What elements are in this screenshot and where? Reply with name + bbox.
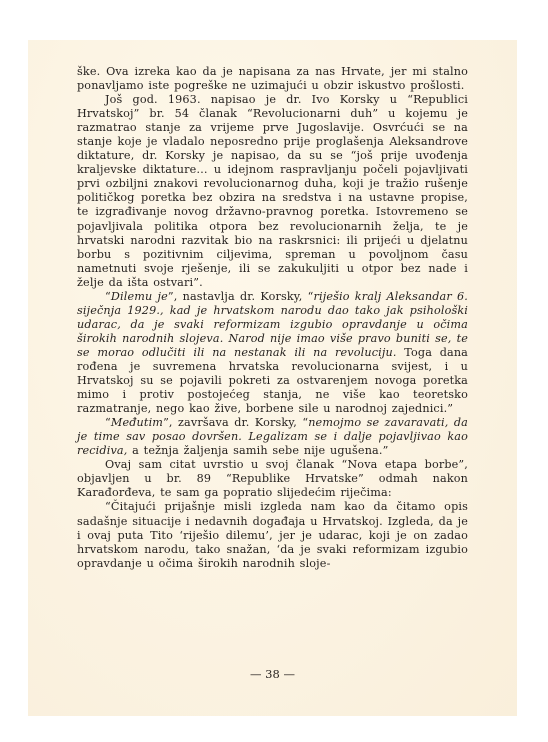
text-segment: Ovaj sam citat uvrstio u svoj članak “No… (77, 458, 468, 499)
page-number: — 38 — (28, 667, 517, 681)
text-segment: Još god. 1963. napisao je dr. Ivo Korsky… (77, 93, 468, 289)
paragraph-6: “Čitajući prijašnje misli izgleda nam ka… (77, 500, 468, 570)
body-text: ške. Ova izreka kao da je napisana za na… (77, 65, 468, 571)
text-segment: ške. Ova izreka kao da je napisana za na… (77, 65, 468, 92)
paragraph-4: “Međutim”, završava dr. Korsky, “nemojmo… (77, 416, 468, 458)
italic-quote: Međutim (111, 416, 163, 429)
text-segment: ”, nastavlja dr. Korsky, “ (168, 290, 314, 303)
italic-quote: Dilemu je (111, 290, 168, 303)
paragraph-1: ške. Ova izreka kao da je napisana za na… (77, 65, 468, 93)
text-segment: a težnja žaljenja samih sebe nije ugušen… (127, 444, 388, 457)
scanned-book-page: ške. Ova izreka kao da je napisana za na… (28, 40, 517, 716)
paragraph-3: “Dilemu je”, nastavlja dr. Korsky, “rije… (77, 290, 468, 416)
text-segment: ”, završava dr. Korsky, “ (163, 416, 308, 429)
text-segment: “Čitajući prijašnje misli izgleda nam ka… (77, 500, 468, 569)
paragraph-2: Još god. 1963. napisao je dr. Ivo Korsky… (77, 93, 468, 290)
paragraph-5: Ovaj sam citat uvrstio u svoj članak “No… (77, 458, 468, 500)
